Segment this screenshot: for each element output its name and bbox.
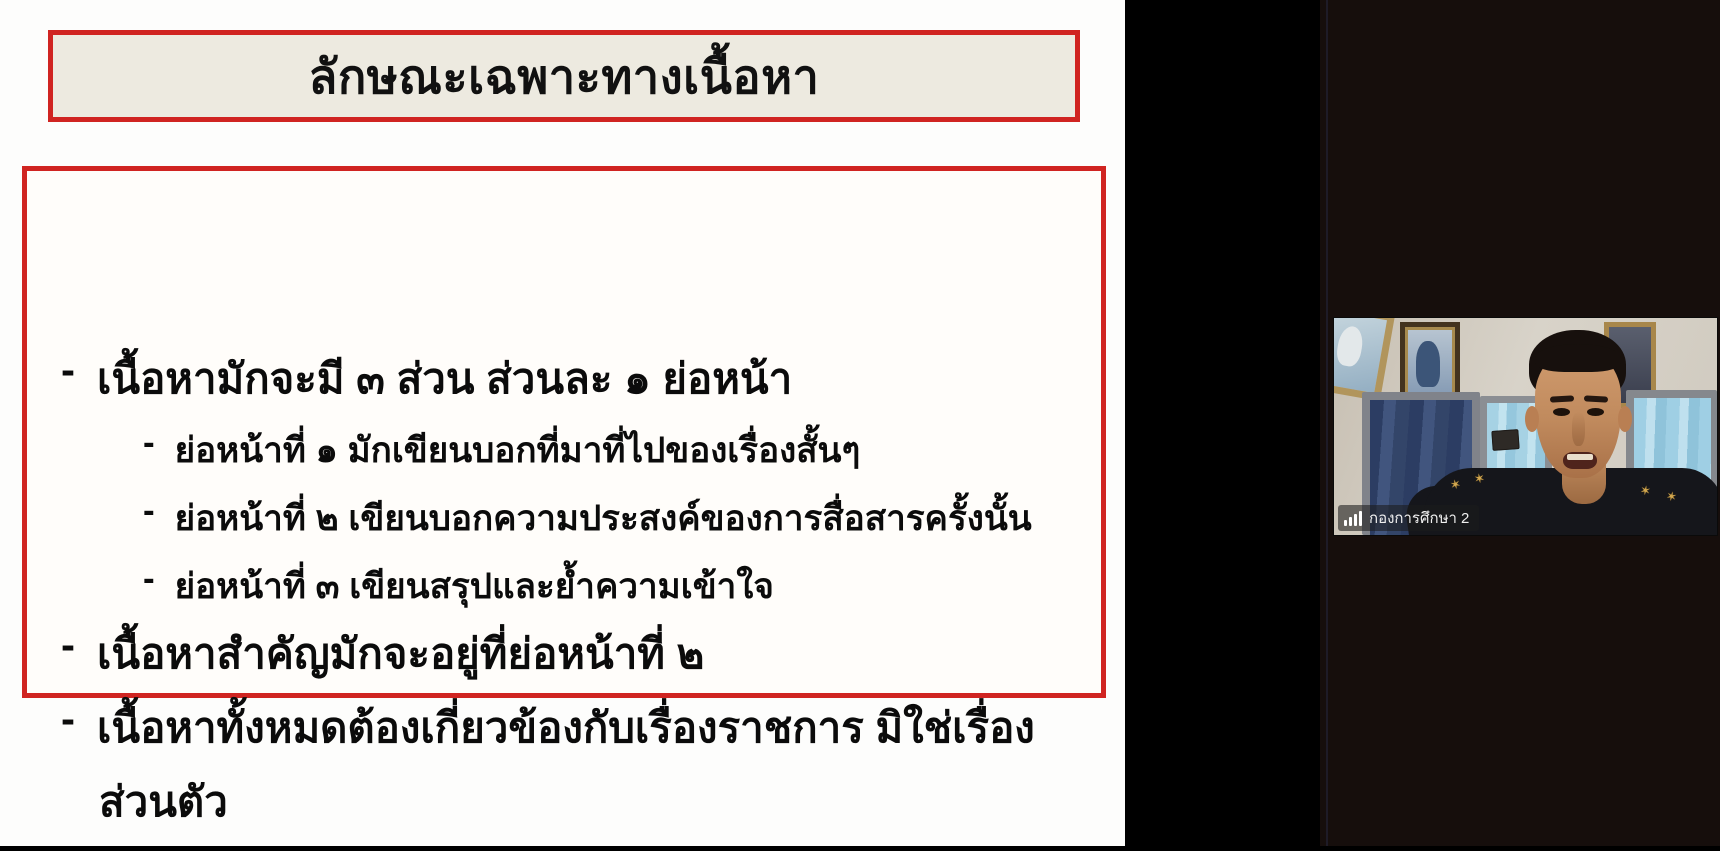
wall-sign xyxy=(1491,429,1519,451)
slide-title: ลักษณะเฉพาะทางเนื้อหา xyxy=(309,39,820,114)
person-teeth xyxy=(1567,454,1593,460)
participant-name: กองการศึกษา 2 xyxy=(1369,506,1469,530)
slide-content-box: - เนื้อหามักจะมี ๓ ส่วน ส่วนละ ๑ ย่อหน้า… xyxy=(22,166,1106,698)
bullet-text: ย่อหน้าที่ ๑ มักเขียนบอกที่มาที่ไปของเรื… xyxy=(175,423,861,478)
person-eye xyxy=(1553,408,1570,416)
panel-divider xyxy=(1326,0,1328,851)
bottom-letterbox-bar xyxy=(0,846,1720,851)
bullet-line: - เนื้อหามักจะมี ๓ ส่วน ส่วนละ ๑ ย่อหน้า xyxy=(61,346,792,412)
bullet-text: เนื้อหาทั้งหมดต้องเกี่ยวข้องกับเรื่องราช… xyxy=(97,695,1035,761)
bullet-marker: - xyxy=(143,559,155,599)
signal-strength-icon xyxy=(1344,511,1362,526)
bullet-marker: - xyxy=(61,621,75,669)
bullet-line: - ย่อหน้าที่ ๑ มักเขียนบอกที่มาที่ไปของเ… xyxy=(143,423,860,478)
person-eye xyxy=(1587,408,1604,416)
bullet-marker: - xyxy=(143,423,155,463)
bullet-marker: - xyxy=(143,491,155,531)
shared-slide: ลักษณะเฉพาะทางเนื้อหา - เนื้อหามักจะมี ๓… xyxy=(0,0,1125,851)
bullet-marker: - xyxy=(61,346,75,394)
bullet-text: ย่อหน้าที่ ๓ เขียนสรุปและย้ำความเข้าใจ xyxy=(175,559,774,614)
bullet-line: - เนื้อหาทั้งหมดต้องเกี่ยวข้องกับเรื่องร… xyxy=(61,695,1035,761)
bullet-text: ย่อหน้าที่ ๒ เขียนบอกความประสงค์ของการสื… xyxy=(175,491,1032,546)
bullet-line: - ย่อหน้าที่ ๒ เขียนบอกความประสงค์ของการ… xyxy=(143,491,1032,546)
participant-name-badge: กองการศึกษา 2 xyxy=(1338,505,1479,531)
participant-video-tile[interactable]: ✶ ✶ ✶ ✶ กองการศึกษา 2 xyxy=(1334,318,1717,535)
person-ear xyxy=(1525,406,1539,432)
letterbox-strip xyxy=(1125,0,1320,851)
person-ear xyxy=(1618,406,1632,432)
person-mouth-open xyxy=(1563,452,1597,469)
person-eyebrow xyxy=(1550,395,1574,402)
bullet-line-continuation: ส่วนตัว xyxy=(99,769,228,835)
person-nose xyxy=(1572,412,1585,446)
bullet-text: เนื้อหามักจะมี ๓ ส่วน ส่วนละ ๑ ย่อหน้า xyxy=(97,346,792,412)
rank-insignia-icon: ✶ xyxy=(1473,471,1486,486)
bullet-marker: - xyxy=(61,695,75,743)
wall-picture-tilted xyxy=(1334,318,1395,401)
rank-insignia-icon: ✶ xyxy=(1639,483,1652,498)
person-hairline xyxy=(1535,344,1621,372)
bullet-line: - เนื้อหาสำคัญมักจะอยู่ที่ย่อหน้าที่ ๒ xyxy=(61,621,704,687)
bullet-line: - ย่อหน้าที่ ๓ เขียนสรุปและย้ำความเข้าใจ xyxy=(143,559,774,614)
person-eyebrow xyxy=(1584,395,1608,402)
bullet-text: ส่วนตัว xyxy=(99,769,228,835)
meeting-screen: ลักษณะเฉพาะทางเนื้อหา - เนื้อหามักจะมี ๓… xyxy=(0,0,1720,851)
bullet-text: เนื้อหาสำคัญมักจะอยู่ที่ย่อหน้าที่ ๒ xyxy=(97,621,704,687)
slide-title-box: ลักษณะเฉพาะทางเนื้อหา xyxy=(48,30,1080,122)
